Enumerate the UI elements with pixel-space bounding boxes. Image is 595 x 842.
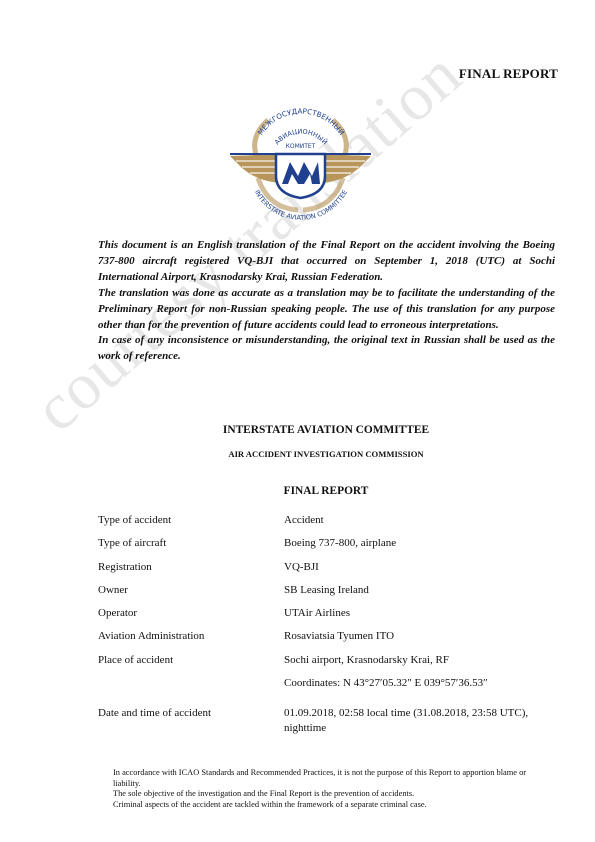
- translation-disclaimer: This document is an English translation …: [98, 238, 555, 365]
- footer-line: The sole objective of the investigation …: [113, 789, 543, 800]
- info-label: Aviation Administration: [98, 629, 284, 652]
- info-row: Place of accident Sochi airport, Krasnod…: [98, 653, 558, 676]
- commission-name: AIR ACCIDENT INVESTIGATION COMMISSION: [0, 449, 595, 459]
- info-row: Registration VQ-BJI: [98, 560, 558, 583]
- info-label: Registration: [98, 560, 284, 583]
- info-label: Date and time of accident: [98, 706, 284, 736]
- disclaimer-paragraph: In case of any inconsistence or misunder…: [98, 333, 555, 365]
- info-row: Owner SB Leasing Ireland: [98, 583, 558, 606]
- info-label: Place of accident: [98, 653, 284, 676]
- info-label: Operator: [98, 606, 284, 629]
- info-label: Owner: [98, 583, 284, 606]
- info-row: Date and time of accident 01.09.2018, 02…: [98, 706, 558, 736]
- info-value: SB Leasing Ireland: [284, 583, 554, 606]
- info-label: Type of accident: [98, 513, 284, 536]
- info-row: Operator UTAir Airlines: [98, 606, 558, 629]
- info-value: Boeing 737-800, airplane: [284, 536, 554, 559]
- info-value: Sochi airport, Krasnodarsky Krai, RF: [284, 653, 554, 676]
- info-value: 01.09.2018, 02:58 local time (31.08.2018…: [284, 706, 554, 736]
- info-row: Aviation Administration Rosaviatsia Tyum…: [98, 629, 558, 652]
- iac-emblem-icon: МЕЖГОСУДАРСТВЕННЫЙ АВИАЦИОННЫЙ КОМИТЕТ I…: [228, 98, 373, 223]
- info-row: Coordinates: N 43°27′05.32″ E 039°57′36.…: [98, 676, 558, 706]
- info-row: Type of accident Accident: [98, 513, 558, 536]
- disclaimer-paragraph: The translation was done as accurate as …: [98, 286, 555, 334]
- info-value: UTAir Airlines: [284, 606, 554, 629]
- accident-info-table: Type of accident Accident Type of aircra…: [98, 513, 558, 736]
- info-label: [98, 676, 284, 706]
- info-value: Coordinates: N 43°27′05.32″ E 039°57′36.…: [284, 676, 554, 706]
- footer-line: Criminal aspects of the accident are tac…: [113, 800, 543, 811]
- info-value: Accident: [284, 513, 554, 536]
- disclaimer-paragraph: This document is an English translation …: [98, 238, 555, 286]
- report-title: FINAL REPORT: [0, 485, 595, 497]
- document-page: courtesy translation FINAL REPORT МЕЖГОС…: [0, 0, 595, 842]
- info-label: Type of aircraft: [98, 536, 284, 559]
- info-row: Type of aircraft Boeing 737-800, airplan…: [98, 536, 558, 559]
- footer-note: In accordance with ICAO Standards and Re…: [113, 768, 543, 810]
- svg-text:КОМИТЕТ: КОМИТЕТ: [286, 143, 316, 150]
- info-value: VQ-BJI: [284, 560, 554, 583]
- header-title: FINAL REPORT: [459, 66, 558, 82]
- organization-name: INTERSTATE AVIATION COMMITTEE: [0, 424, 595, 436]
- info-value: Rosaviatsia Tyumen ITO: [284, 629, 554, 652]
- footer-line: In accordance with ICAO Standards and Re…: [113, 768, 543, 789]
